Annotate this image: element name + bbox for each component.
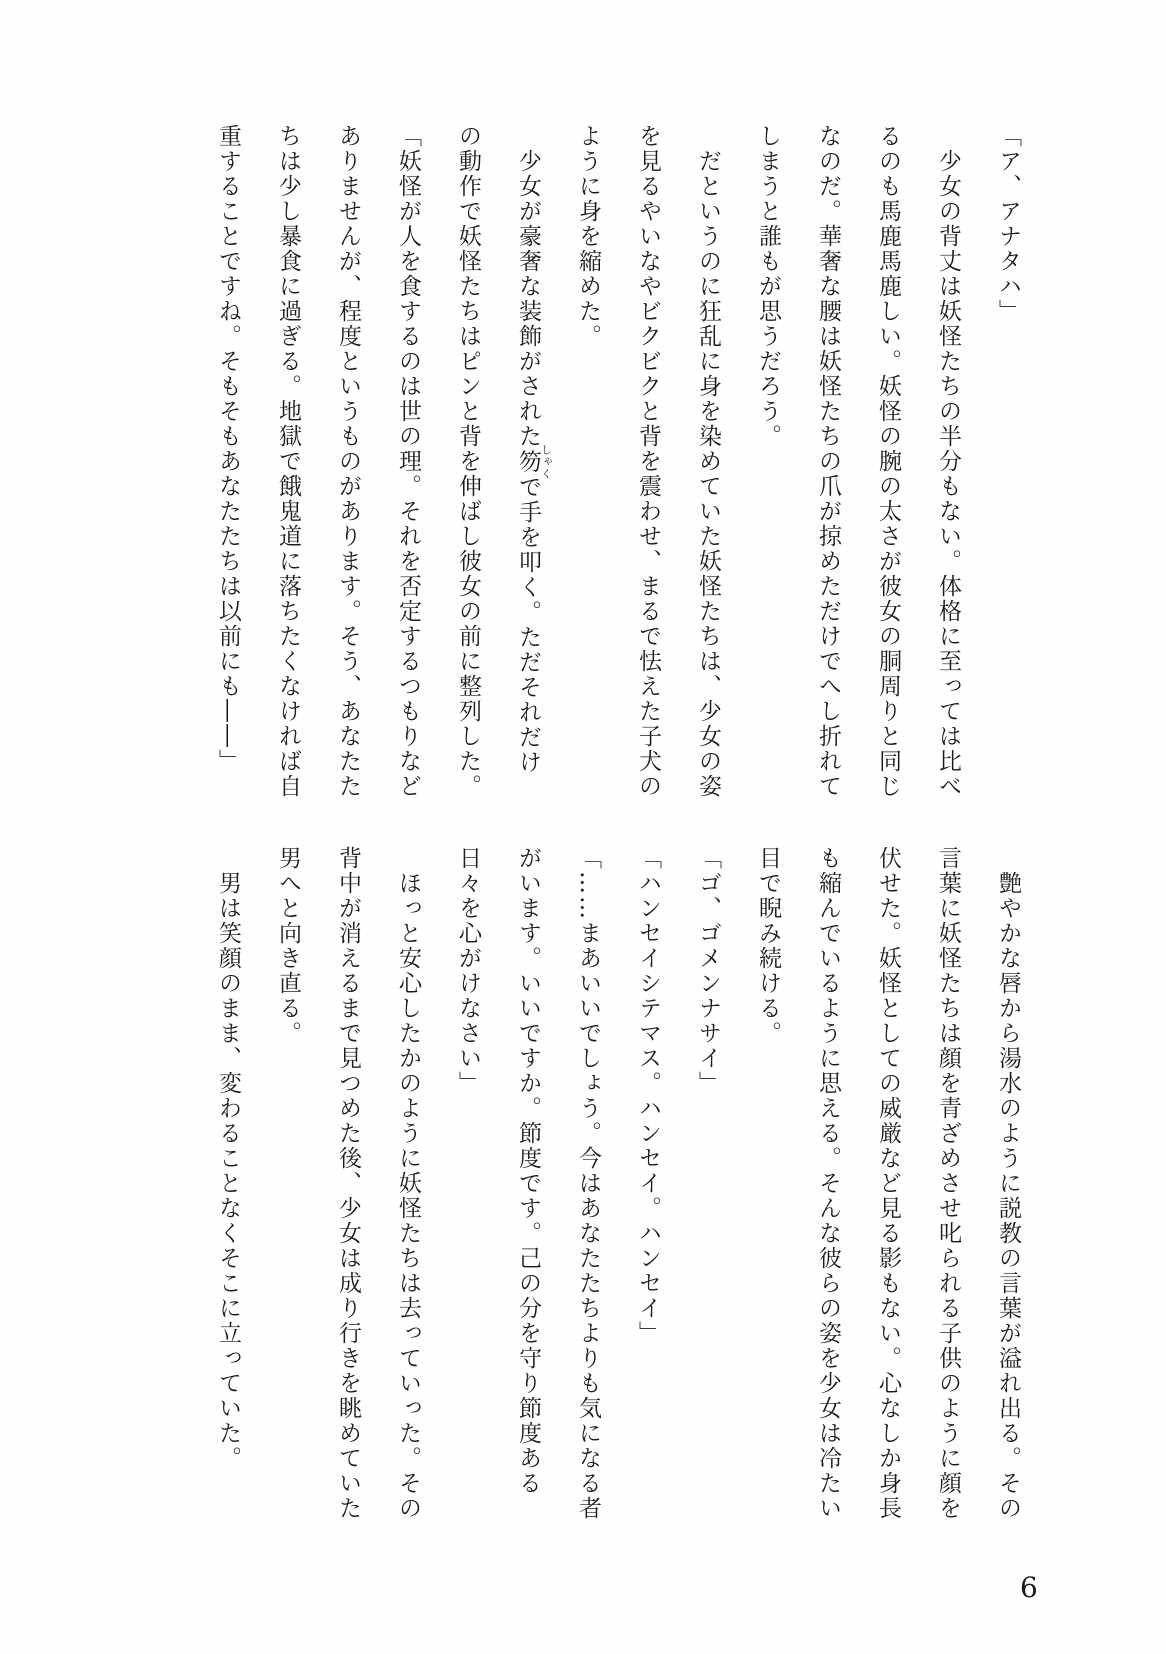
text-line: 艶やかな唇から湯水のように説教の言葉が溢れ出る。その <box>978 846 1038 1538</box>
text-line: しまうと誰もが思うだろう。 <box>738 124 798 816</box>
text-line: ちは少し暴食に過ぎる。地獄で餓鬼道に落ちたくなければ自 <box>258 124 318 816</box>
text-line: 重することですね。そもそもあなたたちは以前にも――」 <box>198 124 258 816</box>
text-line: 男へと向き直る。 <box>258 846 318 1538</box>
novel-page: { "colors": { "background": "#fefefe", "… <box>0 0 1166 1654</box>
text-line: を見るやいなやビクビクと背を震わせ、まるで怯えた子犬の <box>618 124 678 816</box>
text-line: も縮んでいるように思える。そんな彼らの姿を少女は冷たい <box>798 846 858 1538</box>
text-line: 目で睨み続ける。 <box>738 846 798 1538</box>
text-line: るのも馬鹿馬鹿しい。妖怪の腕の太さが彼女の胴周りと同じ <box>858 124 918 816</box>
text-line: 日々を心がけなさい」 <box>438 846 498 1538</box>
text-segment: 少女が豪奢な装飾がされた <box>515 124 541 449</box>
text-line: 少女の背丈は妖怪たちの半分もない。体格に至っては比べ <box>918 124 978 816</box>
top-text-block: 「ア、アナタハ」 少女の背丈は妖怪たちの半分もない。体格に至っては比べ るのも馬… <box>198 124 1038 816</box>
text-line: 背中が消えるまで見つめた後、少女は成り行きを眺めていた <box>318 846 378 1538</box>
text-line: ほっと安心したかのように妖怪たちは去っていった。その <box>378 846 438 1538</box>
text-line: だというのに狂乱に身を染めていた妖怪たちは、少女の姿 <box>678 124 738 816</box>
text-segment: で手を叩く。ただそれだけ <box>515 475 541 775</box>
bottom-text-block: 艶やかな唇から湯水のように説教の言葉が溢れ出る。その 言葉に妖怪たちは顔を青ざめ… <box>198 846 1038 1538</box>
text-line: なのだ。華奢な腰は妖怪たちの爪が掠めただけでへし折れて <box>798 124 858 816</box>
text-line: の動作で妖怪たちはピンと背を伸ばし彼女の前に整列した。 <box>438 124 498 816</box>
text-line: ありませんが、程度というものがあります。そう、あなたた <box>318 124 378 816</box>
text-line: 言葉に妖怪たちは顔を青ざめさせ叱られる子供のように顔を <box>918 846 978 1538</box>
ruby-annotation: 笏しゃく <box>515 449 541 475</box>
text-line-with-ruby: 少女が豪奢な装飾がされた笏しゃくで手を叩く。ただそれだけ <box>498 124 558 816</box>
text-line: ように身を縮めた。 <box>558 124 618 816</box>
text-line: 「ハンセイシテマス。ハンセイ。ハンセイ」 <box>618 846 678 1538</box>
text-line: 男は笑顔のまま、変わることなくそこに立っていた。 <box>198 846 258 1538</box>
page-number: 6 <box>1020 1574 1038 1602</box>
text-line: 「ア、アナタハ」 <box>978 124 1038 816</box>
ruby-text: しゃく <box>540 444 553 480</box>
text-line: がいます。いいですか。節度です。己の分を守り節度ある <box>498 846 558 1538</box>
text-line: 「妖怪が人を食するのは世の理。それを否定するつもりなど <box>378 124 438 816</box>
text-line: 「……まあいいでしょう。今はあなたたちよりも気になる者 <box>558 846 618 1538</box>
text-line: 伏せた。妖怪としての威厳など見る影もない。心なしか身長 <box>858 846 918 1538</box>
text-line: 「ゴ、ゴメンナサイ」 <box>678 846 738 1538</box>
